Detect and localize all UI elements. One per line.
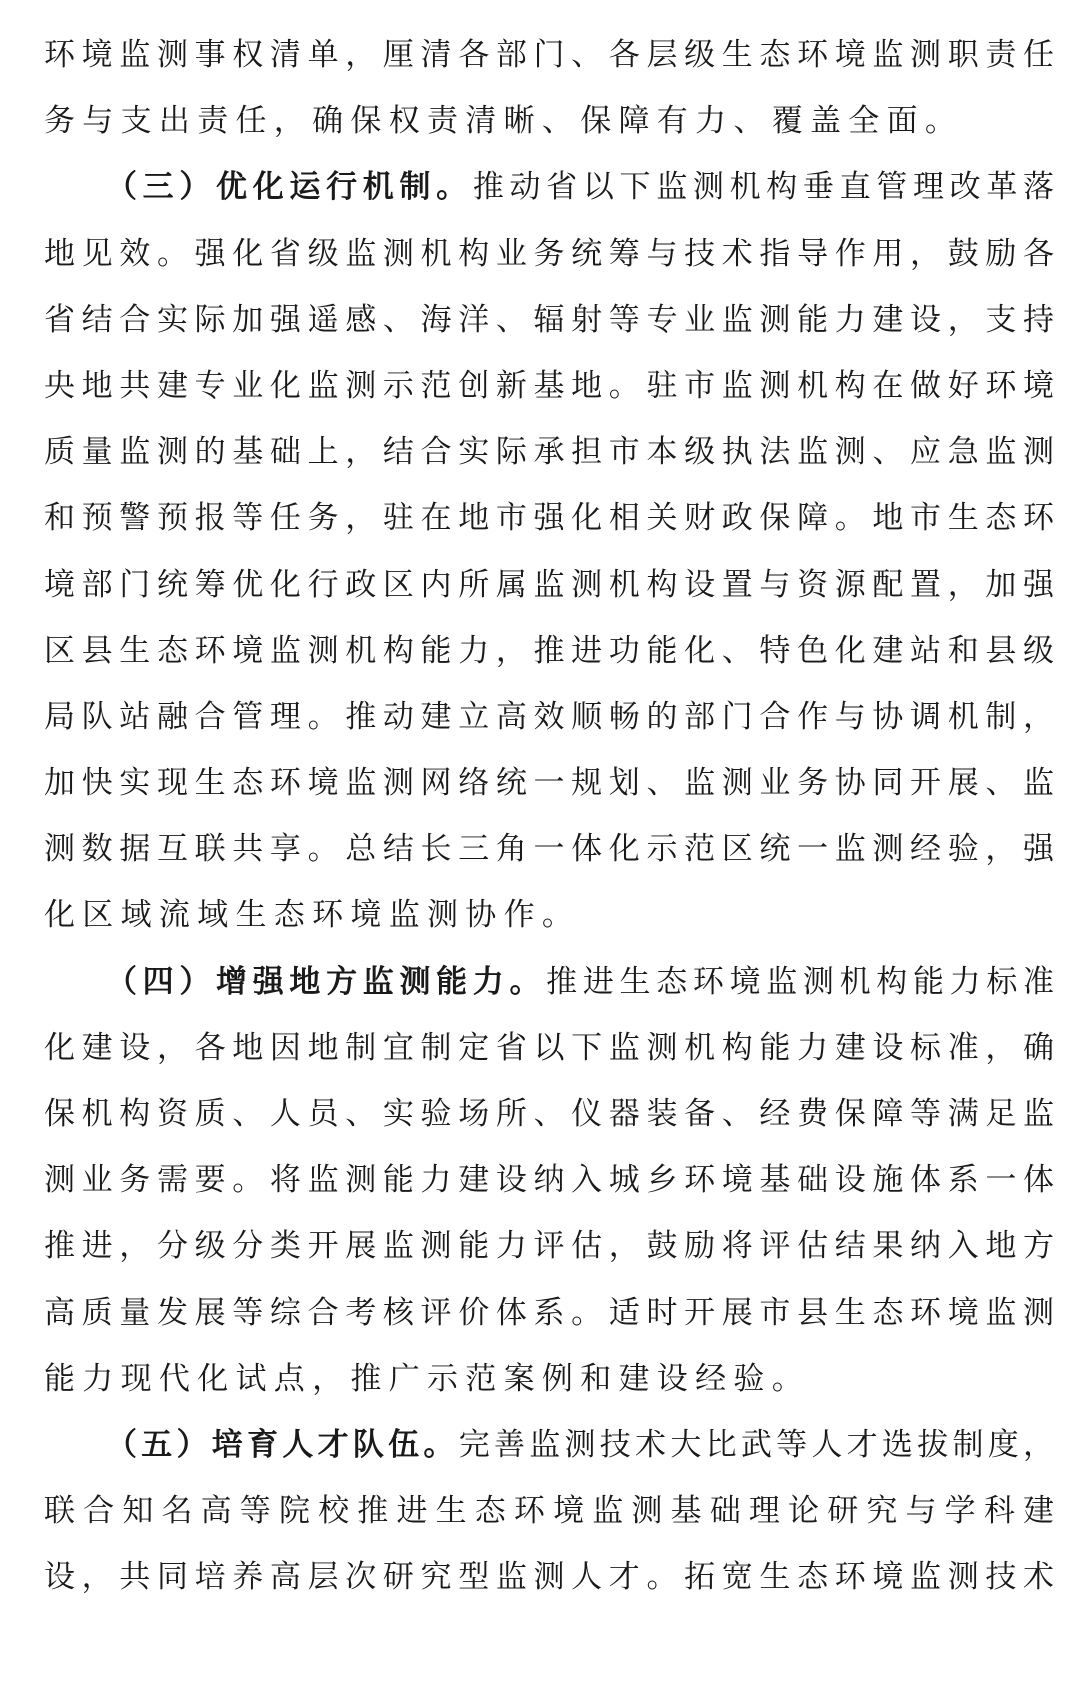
text-line: 务与支出责任，确保权责清晰、保障有力、覆盖全面。 bbox=[44, 88, 1054, 154]
section-heading-5: （五）培育人才队伍。 bbox=[106, 1427, 459, 1463]
text-line: 联合知名高等院校推进生态环境监测基础理论研究与学科建 bbox=[44, 1478, 1054, 1544]
text-line: 保机构资质、人员、实验场所、仪器装备、经费保障等满足监 bbox=[44, 1081, 1054, 1147]
text-line: 能力现代化试点，推广示范案例和建设经验。 bbox=[44, 1346, 1054, 1412]
section-heading-3: （三）优化运行机制。 bbox=[106, 169, 473, 205]
text-run: 完善监测技术大比武等人才选拔制度， bbox=[459, 1427, 1054, 1463]
text-line: 加快实现生态环境监测网络统一规划、监测业务协同开展、监 bbox=[44, 750, 1054, 816]
text-run: 推动省以下监测机构垂直管理改革落 bbox=[473, 169, 1054, 205]
text-line: 测数据互联共享。总结长三角一体化示范区统一监测经验，强 bbox=[44, 816, 1054, 882]
text-line: 省结合实际加强遥感、海洋、辐射等专业监测能力建设，支持 bbox=[44, 287, 1054, 353]
text-line: 设，共同培养高层次研究型监测人才。拓宽生态环境监测技术 bbox=[44, 1544, 1054, 1610]
text-line: 和预警预报等任务，驻在地市强化相关财政保障。地市生态环 bbox=[44, 485, 1054, 551]
text-line: 央地共建专业化监测示范创新基地。驻市监测机构在做好环境 bbox=[44, 353, 1054, 419]
document-page: 环境监测事权清单，厘清各部门、各层级生态环境监测职责任 务与支出责任，确保权责清… bbox=[44, 22, 1054, 1611]
text-line: 区县生态环境监测机构能力，推进功能化、特色化建站和县级 bbox=[44, 618, 1054, 684]
text-line: 环境监测事权清单，厘清各部门、各层级生态环境监测职责任 bbox=[44, 22, 1054, 88]
text-line: 地见效。强化省级监测机构业务统筹与技术指导作用，鼓励各 bbox=[44, 221, 1054, 287]
text-line: 化区域流域生态环境监测协作。 bbox=[44, 882, 1054, 948]
text-line: 推进，分级分类开展监测能力评估，鼓励将评估结果纳入地方 bbox=[44, 1213, 1054, 1279]
section-heading-4: （四）增强地方监测能力。 bbox=[106, 964, 546, 1000]
text-line: 测业务需要。将监测能力建设纳入城乡环境基础设施体系一体 bbox=[44, 1147, 1054, 1213]
paragraph-first-line: （四）增强地方监测能力。推进生态环境监测机构能力标准 bbox=[44, 949, 1054, 1015]
text-run: 推进生态环境监测机构能力标准 bbox=[546, 964, 1054, 1000]
text-line: 高质量发展等综合考核评价体系。适时开展市县生态环境监测 bbox=[44, 1280, 1054, 1346]
text-line: 化建设，各地因地制宜制定省以下监测机构能力建设标准，确 bbox=[44, 1015, 1054, 1081]
text-line: 境部门统筹优化行政区内所属监测机构设置与资源配置，加强 bbox=[44, 552, 1054, 618]
paragraph-first-line: （五）培育人才队伍。完善监测技术大比武等人才选拔制度， bbox=[44, 1412, 1054, 1478]
text-line: 质量监测的基础上，结合实际承担市本级执法监测、应急监测 bbox=[44, 419, 1054, 485]
paragraph-first-line: （三）优化运行机制。推动省以下监测机构垂直管理改革落 bbox=[44, 154, 1054, 220]
text-line: 局队站融合管理。推动建立高效顺畅的部门合作与协调机制， bbox=[44, 684, 1054, 750]
